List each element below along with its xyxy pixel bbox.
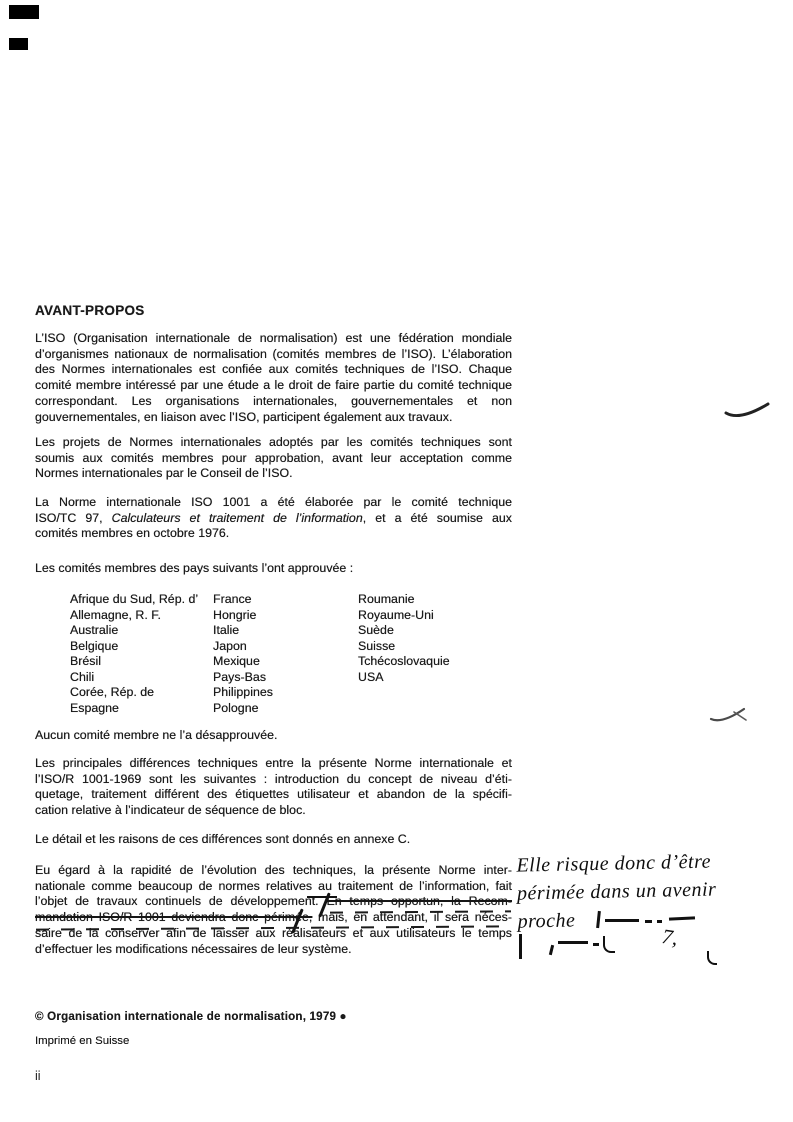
- margin-swoosh-mark: [724, 398, 774, 424]
- proofreader-seven-mark: 7,: [660, 924, 679, 951]
- paragraph-line: d’organismes nationaux de normalisation …: [35, 347, 512, 363]
- country-name: Pays-Bas: [213, 670, 273, 686]
- paragraph-foreword-3: La Norme internationale ISO 1001 a été é…: [35, 495, 512, 542]
- country-name: Mexique: [213, 654, 273, 670]
- country-name: Italie: [213, 623, 273, 639]
- country-name: Roumanie: [358, 592, 450, 608]
- proofreader-dot-mark: [645, 920, 652, 923]
- paragraph-annexe-reference: Le détail et les raisons de ces différen…: [35, 832, 512, 848]
- country-name: Belgique: [70, 639, 198, 655]
- scanned-document-page: AVANT-PROPOS L’ISO (Organisation interna…: [0, 0, 793, 1122]
- text-segment: , et a été soumise aux: [363, 511, 512, 525]
- country-list-column-3: Roumanie Royaume-Uni Suède Suisse Tchéco…: [358, 592, 450, 685]
- paragraph-line: soumis aux comités membres pour approbat…: [35, 451, 512, 467]
- proofreader-dot-mark: [657, 920, 662, 923]
- paragraph-line: d’effectuer les modifications nécessaire…: [35, 942, 512, 958]
- country-name: Philippines: [213, 685, 273, 701]
- paragraph-line: comité membre intéressé par une étude a …: [35, 378, 512, 394]
- country-name: Australie: [70, 623, 198, 639]
- struck-text: mandation ISO/R 1001 deviendra donc péri…: [35, 910, 312, 924]
- paragraph-line: gouvernementales, en liaison avec l’ISO,…: [35, 410, 512, 426]
- printed-in-line: Imprimé en Suisse: [35, 1035, 129, 1047]
- country-list-column-2: France Hongrie Italie Japon Mexique Pays…: [213, 592, 273, 716]
- handwriting-line: proche: [517, 902, 768, 935]
- copyright-line: © Organisation internationale de normali…: [35, 1010, 347, 1023]
- registration-mark: [9, 38, 28, 50]
- struck-text: En temps opportun, la Recom-: [326, 894, 512, 908]
- paragraph-line: comités membres en octobre 1976.: [35, 526, 512, 542]
- text-segment: l’objet de travaux continuels de dévelop…: [35, 894, 326, 908]
- hand-underline-mark: [307, 896, 337, 898]
- paragraph-line: Les projets de Normes internationales ad…: [35, 435, 512, 451]
- country-name: USA: [358, 670, 450, 686]
- proofreader-comma-mark: [549, 945, 554, 955]
- country-name: Afrique du Sud, Rép. d’: [70, 592, 198, 608]
- section-heading: AVANT-PROPOS: [35, 303, 145, 318]
- country-name: Suisse: [358, 639, 450, 655]
- paragraph-line: Eu égard à la rapidité de l’évolution de…: [35, 863, 512, 879]
- paragraph-line: ISO/TC 97, Calculateurs et traitement de…: [35, 511, 512, 527]
- proofreader-dash-mark: [558, 941, 588, 944]
- handwritten-margin-note: Elle risque donc d’être périmée dans un …: [516, 846, 768, 935]
- proofreader-dash-mark: [605, 919, 639, 922]
- country-name: Brésil: [70, 654, 198, 670]
- country-name: Corée, Rép. de: [70, 685, 198, 701]
- paragraph-line: l’ISO/R 1001-1969 sont les suivantes : i…: [35, 772, 512, 788]
- page-number: ii: [35, 1069, 41, 1083]
- paragraph-foreword-2: Les projets de Normes internationales ad…: [35, 435, 512, 482]
- proofreader-hook-mark: [707, 951, 717, 965]
- country-name: Japon: [213, 639, 273, 655]
- country-name: Hongrie: [213, 608, 273, 624]
- paragraph-line: La Norme internationale ISO 1001 a été é…: [35, 495, 512, 511]
- country-name: Suède: [358, 623, 450, 639]
- paragraph-line: nationale comme beaucoup de normes relat…: [35, 879, 512, 895]
- italic-standard-title: Calculateurs et traitement de l’informat…: [112, 511, 363, 525]
- country-name: Allemagne, R. F.: [70, 608, 198, 624]
- paragraph-line: Normes internationales par le Conseil de…: [35, 466, 512, 482]
- paragraph-line: cation relative à l’indicateur de séquen…: [35, 803, 512, 819]
- paragraph-line: Les principales différences techniques e…: [35, 756, 512, 772]
- paragraph-line: l’objet de travaux continuels de dévelop…: [35, 894, 512, 910]
- country-name: Tchécoslovaquie: [358, 654, 450, 670]
- text-segment: ISO/TC 97,: [35, 511, 112, 525]
- country-name: Espagne: [70, 701, 198, 717]
- paragraph-line: L’ISO (Organisation internationale de no…: [35, 331, 512, 347]
- country-name: Pologne: [213, 701, 273, 717]
- paragraph-line: des Normes internationales est confiée a…: [35, 362, 512, 378]
- proofreader-hook-mark: [603, 936, 615, 953]
- paragraph-differences: Les principales différences techniques e…: [35, 756, 512, 819]
- proofreader-dot-mark: [593, 943, 599, 946]
- proofreader-tick-mark: [519, 934, 522, 959]
- country-list-column-1: Afrique du Sud, Rép. d’ Allemagne, R. F.…: [70, 592, 198, 716]
- paragraph-no-disapproval: Aucun comité membre ne l’a désapprouvée.: [35, 728, 512, 744]
- paragraph-line: correspondant. Les organisations interna…: [35, 394, 512, 410]
- margin-swoosh-mark: [708, 700, 756, 728]
- paragraph-foreword-1: L’ISO (Organisation internationale de no…: [35, 331, 512, 425]
- country-name: France: [213, 592, 273, 608]
- paragraph-approval-intro: Les comités membres des pays suivants l’…: [35, 561, 512, 577]
- country-name: Royaume-Uni: [358, 608, 450, 624]
- paragraph-line: quetage, traitement différent des étique…: [35, 787, 512, 803]
- country-name: Chili: [70, 670, 198, 686]
- registration-mark: [9, 5, 39, 19]
